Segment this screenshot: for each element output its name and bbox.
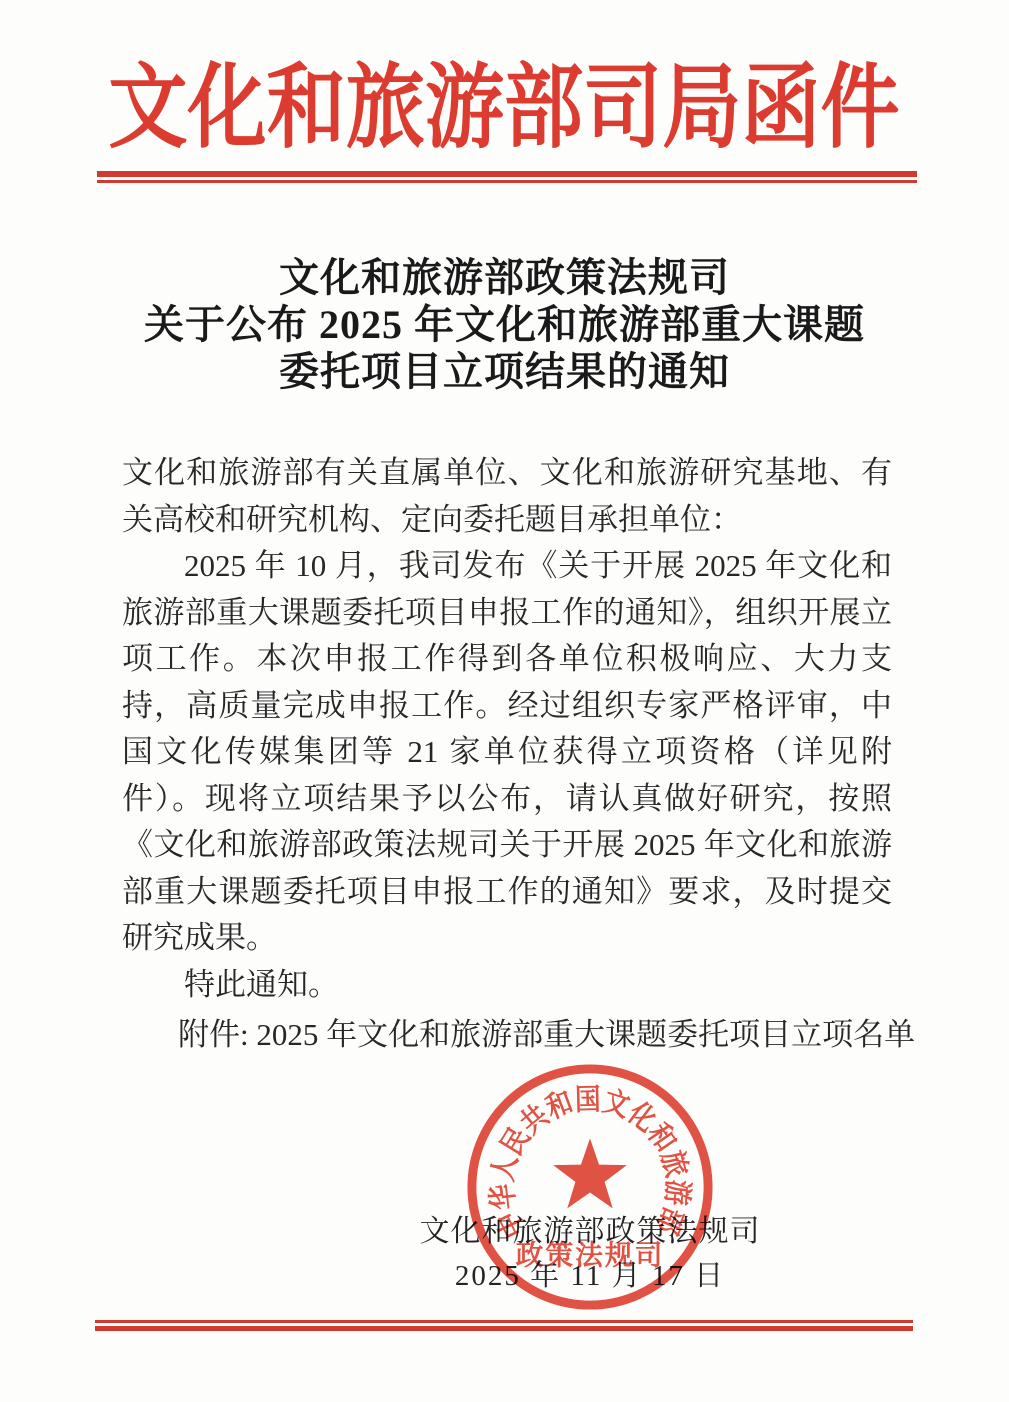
document-title: 文化和旅游部政策法规司 关于公布 2025 年文化和旅游部重大课题 委托项目立项… — [0, 254, 1009, 395]
title-line-2: 关于公布 2025 年文化和旅游部重大课题 — [0, 301, 1009, 348]
masthead-text: 文化和旅游部司局函件 — [109, 56, 900, 160]
footer-double-rule — [95, 1320, 913, 1326]
title-line-3: 委托项目立项结果的通知 — [0, 348, 1009, 395]
body-text: 文化和旅游部有关直属单位、文化和旅游研究基地、有关高校和研究机构、定向委托题目承… — [122, 450, 892, 1008]
masthead: 文化和旅游部司局函件 — [0, 56, 1009, 160]
title-line-1: 文化和旅游部政策法规司 — [0, 254, 1009, 301]
header-double-rule — [97, 171, 917, 180]
star-icon — [553, 1138, 627, 1208]
seal-inner-text: 政策法规司 — [516, 1240, 665, 1271]
attachment-line: 附件: 2025 年文化和旅游部重大课题委托项目立项名单 — [122, 1012, 968, 1058]
body-paragraph: 2025 年 10 月，我司发布《关于开展 2025 年文化和旅游部重大课题委托… — [122, 543, 892, 962]
addressee-line: 文化和旅游部有关直属单位、文化和旅游研究基地、有关高校和研究机构、定向委托题目承… — [122, 450, 892, 543]
official-seal: 中华人民共和国文化和旅游部 政策法规司 — [461, 1058, 719, 1316]
closing-line: 特此通知。 — [122, 962, 892, 1009]
document-page: 文化和旅游部司局函件 文化和旅游部政策法规司 关于公布 2025 年文化和旅游部… — [0, 0, 1009, 1402]
